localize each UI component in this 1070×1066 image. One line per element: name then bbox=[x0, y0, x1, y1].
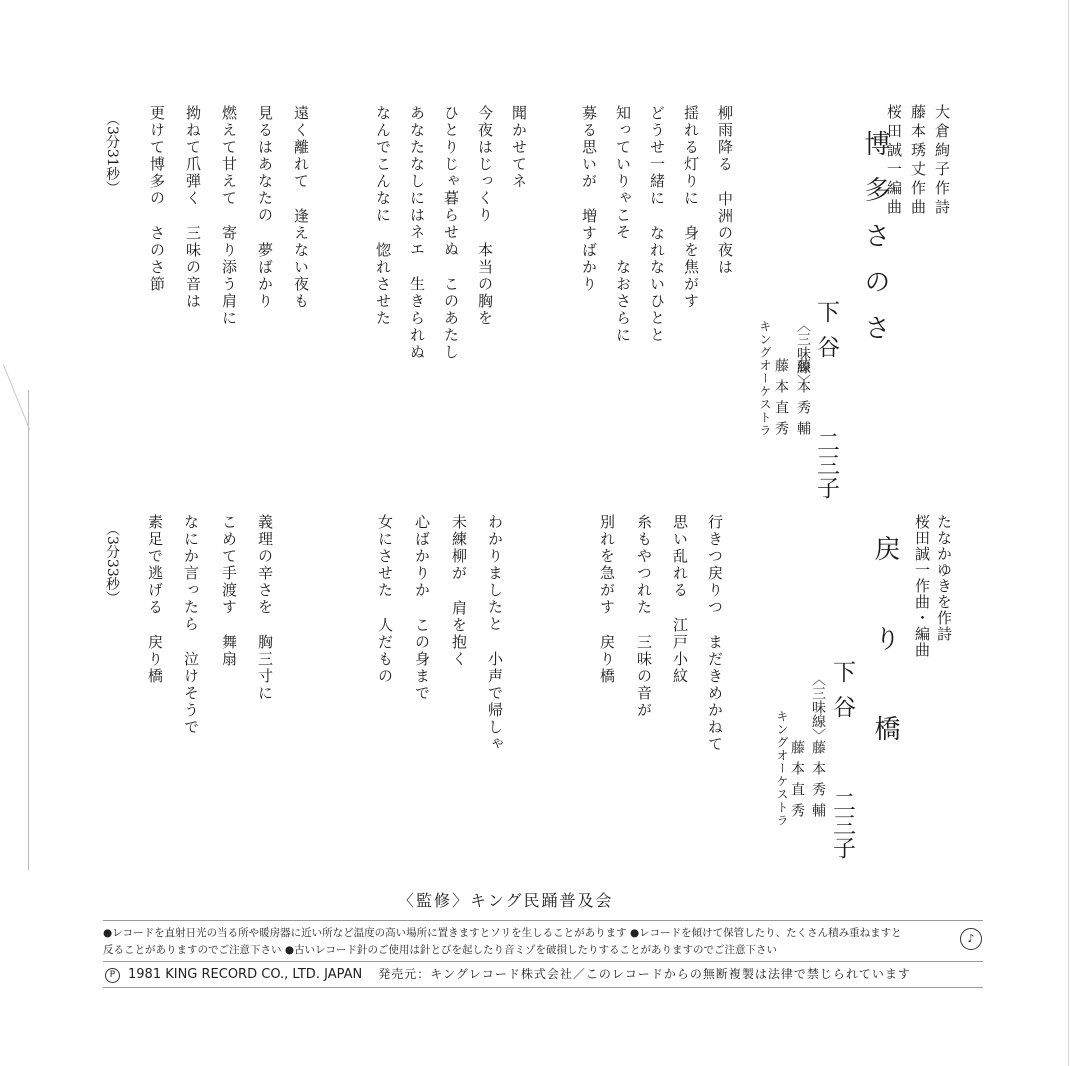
song2-shamisen-label: 〈三味線〉 bbox=[808, 672, 828, 742]
song1-lyric-line: 聞かせてネ bbox=[500, 105, 537, 190]
divider-middle bbox=[103, 961, 983, 962]
sleeve-edge-right bbox=[1068, 0, 1069, 1066]
song1-lyric-line: 遠く離れて逢えない夜も bbox=[282, 105, 319, 310]
song1-credit-composer: 藤本琇丈作曲 bbox=[906, 104, 930, 218]
song1-singer-given: 二三子 bbox=[813, 430, 839, 499]
song2-credit-lyricist: たなかゆきを作詩 bbox=[932, 514, 956, 642]
song1-duration: （3分31秒） bbox=[102, 112, 122, 195]
divider-top bbox=[103, 920, 983, 921]
song1-lyric-line: 募る思いが増すばかり bbox=[570, 105, 607, 293]
song2-lyric-line: 行きつ戻りつまだきめかねて bbox=[696, 514, 733, 753]
song2-singer-given: 二三子 bbox=[829, 790, 855, 859]
sleeve-edge-diagonal bbox=[3, 365, 30, 430]
song2-lyric-line: 素足で逃げる戻り橋 bbox=[136, 514, 173, 685]
song2-lyric-line: 女にさせた人だもの bbox=[366, 514, 403, 685]
song1-credit-lyricist: 大倉絢子作詩 bbox=[930, 104, 954, 218]
song1-orchestra: キングオーケストラ bbox=[757, 320, 773, 437]
care-note-line-1: ●レコードを直射日光の当る所や暖房器に近い所など温度の高い場所に置きますとソリを… bbox=[103, 925, 963, 942]
song1-lyric-line: 見るはあなたの夢ばかり bbox=[246, 105, 283, 310]
song1-lyric-line: 燃えて甘えて寄り添う肩に bbox=[210, 105, 247, 327]
song2-singer-family: 下谷 bbox=[829, 660, 855, 730]
copyright-line: P1981 KING RECORD CO., LTD. JAPAN発売元：キング… bbox=[105, 965, 911, 983]
song2-duration: （3分33秒） bbox=[102, 522, 122, 605]
song2-lyric-line: 思い乱れる江戸小紋 bbox=[661, 514, 698, 685]
song1-singer-family: 下谷 bbox=[813, 300, 839, 370]
song2-shamisen-player-2: 藤本直秀 bbox=[787, 740, 807, 824]
song2-credit-composer-arranger: 桜田誠一作曲・編曲 bbox=[910, 514, 934, 658]
song1-lyric-line: 拗ねて爪弾く三味の音は bbox=[174, 105, 211, 310]
sleeve-edge-left bbox=[28, 390, 29, 870]
song1-lyric-line: 知っていりゃこそなおさらに bbox=[604, 105, 641, 344]
care-note-line-2: 反ることがありますのでご注意下さい ●古いレコード針のご使用は針とびを起したり音… bbox=[103, 942, 963, 959]
song2-lyric-line: 義理の辛さを胸三寸に bbox=[246, 514, 283, 702]
care-notes: ●レコードを直射日光の当る所や暖房器に近い所など温度の高い場所に置きますとソリを… bbox=[103, 925, 963, 959]
song1-lyric-line: 今夜はじっくり本当の胸を bbox=[466, 105, 503, 327]
phonogram-p-icon: P bbox=[105, 968, 120, 983]
song2-lyric-line: 心ばかりかこの身まで bbox=[403, 514, 440, 702]
song1-lyric-line: 揺れる灯りに身を焦がす bbox=[672, 105, 709, 310]
song1-singer: 下谷二三子 bbox=[812, 300, 840, 499]
music-note-icon: ♪ bbox=[960, 928, 982, 950]
song1-shamisen-player-1: 藤本秀輔 bbox=[793, 358, 813, 442]
song2-lyric-line: 未練柳が肩を抱く bbox=[440, 514, 477, 668]
song1-title: 博多さのさ bbox=[860, 130, 890, 360]
song1-lyric-line: なんでこんなに惚れさせた bbox=[364, 105, 401, 327]
song2-title: 戻り橋 bbox=[870, 535, 900, 805]
divider-bottom bbox=[103, 987, 983, 988]
song1-shamisen-player-2: 藤本直秀 bbox=[771, 358, 791, 442]
song2-lyric-line: なにか言ったら泣けそうで bbox=[172, 514, 209, 736]
song1-lyric-line: あなたなしにはネエ生きられぬ bbox=[398, 105, 435, 361]
song2-lyric-line: こめて手渡す舞扇 bbox=[210, 514, 247, 668]
song1-lyric-line: 柳雨降る中洲の夜は bbox=[706, 105, 743, 276]
distributor-text: 発売元：キングレコード株式会社／このレコードからの無断複製は法律で禁じられていま… bbox=[378, 967, 911, 981]
song2-lyric-line: 別れを急がす戻り橋 bbox=[588, 514, 625, 685]
song2-orchestra: キングオーケストラ bbox=[774, 710, 790, 827]
song2-lyric-line: わかりましたと小声で帰しゃ bbox=[476, 514, 513, 753]
copyright-text: 1981 KING RECORD CO., LTD. JAPAN bbox=[128, 967, 362, 982]
song2-lyric-line: 糸もやつれた三味の音が bbox=[625, 514, 662, 719]
supervision-credit: 〈監修〉キング民踊普及会 bbox=[398, 888, 614, 911]
song2-singer: 下谷二三子 bbox=[828, 660, 856, 859]
song1-lyric-line: 更けて博多のさのさ節 bbox=[138, 105, 175, 293]
song1-lyric-line: ひとりじゃ暮らせぬこのあたし bbox=[432, 105, 469, 361]
song1-lyric-line: どうせ一緒になれないひとと bbox=[638, 105, 675, 344]
song2-shamisen-player-1: 藤本秀輔 bbox=[808, 740, 828, 824]
